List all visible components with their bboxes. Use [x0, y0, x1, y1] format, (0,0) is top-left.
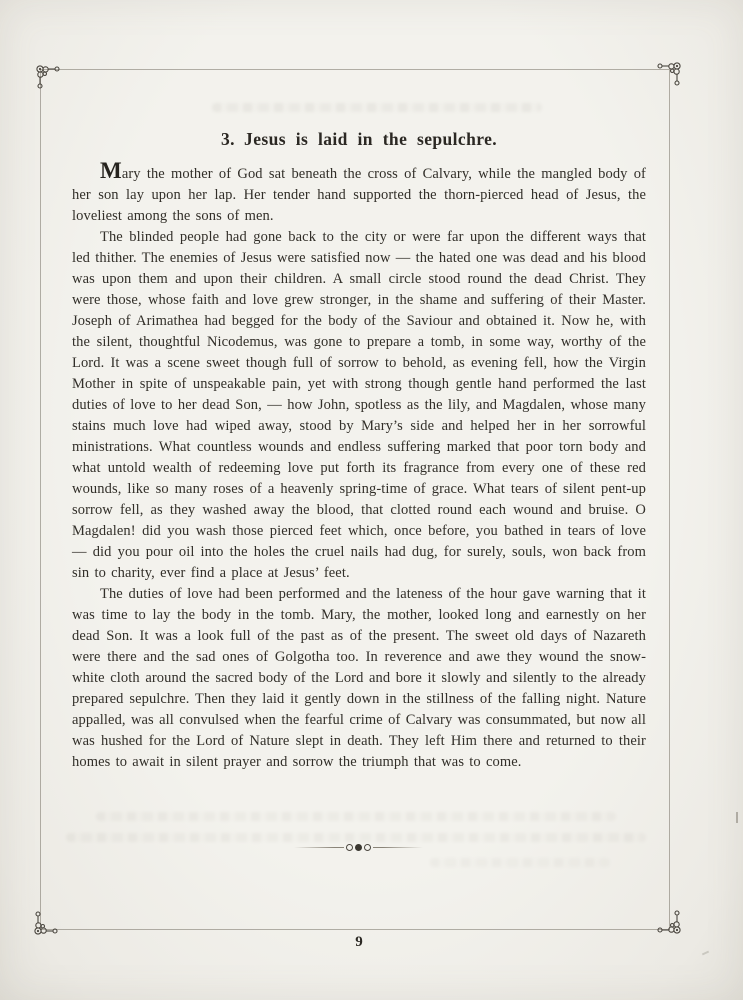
scan-speck [736, 812, 738, 823]
paragraph-3: The duties of love had been performed an… [72, 584, 646, 773]
text-column: 3. Jesus is laid in the sepulchre. Mary … [72, 129, 646, 773]
bleed-through-smudge [430, 858, 610, 867]
paragraph-1: Mary the mother of God sat beneath the c… [72, 160, 646, 227]
scan-speck [702, 951, 709, 956]
corner-ornament-bottom-left-icon [32, 907, 62, 937]
divider-line-right [373, 847, 423, 848]
divider-line-left [294, 847, 344, 848]
section-heading: 3. Jesus is laid in the sepulchre. [72, 129, 646, 150]
drop-initial: M [100, 158, 122, 183]
corner-ornament-top-left-icon [34, 63, 64, 93]
divider-ornament [283, 841, 433, 854]
bleed-through-smudge [96, 812, 616, 821]
corner-ornament-bottom-right-icon [653, 906, 683, 936]
divider-ring-icon [364, 844, 371, 851]
paragraph-2: The blinded people had gone back to the … [72, 227, 646, 584]
bleed-through-smudge [212, 103, 542, 112]
corner-ornament-top-right-icon [653, 60, 683, 90]
book-page-scan: 3. Jesus is laid in the sepulchre. Mary … [0, 0, 743, 1000]
paragraph-1-text: ary the mother of God sat beneath the cr… [72, 166, 646, 224]
page-number: 9 [72, 934, 646, 951]
divider-ring-icon [346, 844, 353, 851]
divider-dot-icon [355, 844, 362, 851]
